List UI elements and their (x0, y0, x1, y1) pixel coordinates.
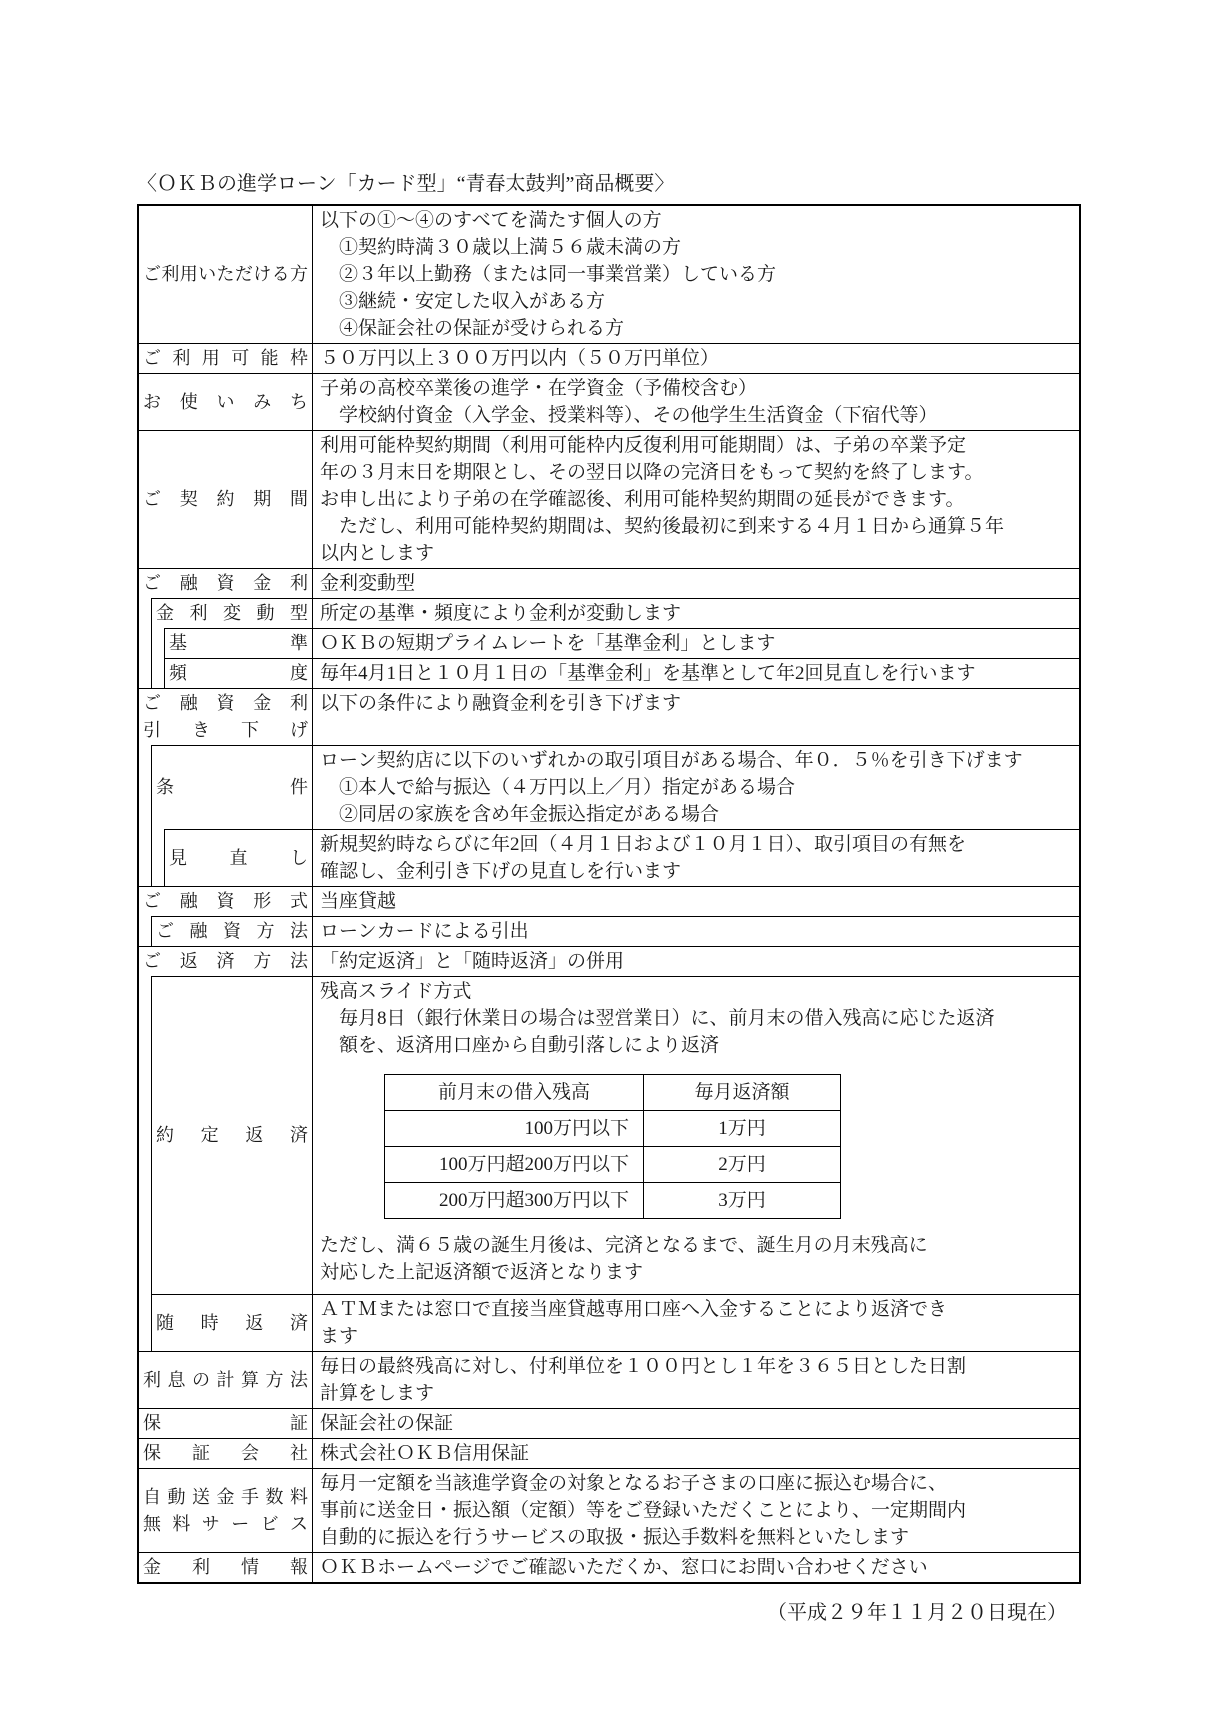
row-label: 保証会社 (139, 1438, 313, 1468)
table-row: 条件ローン契約店に以下のいずれかの取引項目がある場合、年０．５％を引き下げます … (139, 745, 1079, 829)
indent-strip (139, 916, 152, 946)
content-text: 当座貸越 (320, 888, 1075, 915)
row-label: お使いみち (139, 373, 313, 430)
table-row: 約定返済残高スライド方式 毎月8日（銀行休業日の場合は翌営業日）に、前月末の借入… (139, 976, 1079, 1294)
table-row: 基準ＯＫＢの短期プライムレートを「基準金利」とします (139, 628, 1079, 658)
row-content: 以下の条件により融資金利を引き下げます (313, 688, 1079, 745)
content-text: 毎月一定額を当該進学資金の対象となるお子さまの口座に振込む場合に、 事前に送金日… (320, 1470, 1075, 1551)
table-row: ご融資方法ローンカードによる引出 (139, 916, 1079, 946)
row-content: ローンカードによる引出 (313, 916, 1079, 946)
row-label: 基準 (165, 628, 313, 658)
indent-strip (139, 829, 152, 886)
row-content: 子弟の高校卒業後の進学・在学資金（予備校含む） 学校納付資金（入学金、授業料等）… (313, 373, 1079, 430)
indent-strip (139, 976, 152, 1294)
row-content: 所定の基準・頻度により金利が変動します (313, 598, 1079, 628)
indent-strip (152, 829, 165, 886)
table-row: ご融資金利金利変動型 (139, 568, 1079, 598)
row-content: 利用可能枠契約期間（利用可能枠内反復利用可能期間）は、子弟の卒業予定 年の３月末… (313, 430, 1079, 568)
content-text: 子弟の高校卒業後の進学・在学資金（予備校含む） 学校納付資金（入学金、授業料等）… (320, 375, 1075, 429)
inner-table-header: 前月末の借入残高 (385, 1075, 644, 1111)
document-date: （平成２９年１１月２０日現在） (137, 1596, 1081, 1625)
row-label: ご返済方法 (139, 946, 313, 976)
repayment-amount-table: 前月末の借入残高毎月返済額100万円以下1万円100万円超200万円以下2万円2… (384, 1074, 841, 1219)
page-title: 〈ＯＫＢの進学ローン「カード型」“青春太鼓判”商品概要〉 (137, 170, 1081, 198)
content-text: 毎年4月1日と１０月１日の「基準金利」を基準として年2回見直しを行います (320, 660, 1075, 687)
content-text: 株式会社ＯＫＢ信用保証 (320, 1440, 1075, 1467)
inner-table-cell: 200万円超300万円以下 (385, 1183, 644, 1219)
inner-table-cell: 3万円 (644, 1183, 841, 1219)
content-text: 保証会社の保証 (320, 1410, 1075, 1437)
row-content: 毎月一定額を当該進学資金の対象となるお子さまの口座に振込む場合に、 事前に送金日… (313, 1468, 1079, 1552)
table-row: ご利用可能枠５０万円以上３００万円以内（５０万円単位） (139, 343, 1079, 373)
indent-strip (152, 628, 165, 658)
content-text: ＯＫＢの短期プライムレートを「基準金利」とします (320, 630, 1075, 657)
row-label: ご融資金利 引き下げ (139, 688, 313, 745)
row-label: 金利情報 (139, 1552, 313, 1582)
content-text: 金利変動型 (320, 570, 1075, 597)
inner-table-row: 100万円超200万円以下2万円 (385, 1147, 841, 1183)
table-row: 金利変動型所定の基準・頻度により金利が変動します (139, 598, 1079, 628)
inner-table-row: 100万円以下1万円 (385, 1111, 841, 1147)
content-text: ローンカードによる引出 (320, 918, 1075, 945)
table-row: 随時返済ＡＴＭまたは窓口で直接当座貸越専用口座へ入金することにより返済でき ます (139, 1294, 1079, 1351)
row-label: 自動送金手数料 無料サービス (139, 1468, 313, 1552)
row-label: ご利用可能枠 (139, 343, 313, 373)
content-text: 利用可能枠契約期間（利用可能枠内反復利用可能期間）は、子弟の卒業予定 年の３月末… (320, 432, 1075, 567)
indent-strip (139, 745, 152, 829)
table-row: 利息の計算方法毎日の最終残高に対し、付利単位を１００円とし１年を３６５日とした日… (139, 1351, 1079, 1408)
content-text: 毎日の最終残高に対し、付利単位を１００円とし１年を３６５日とした日割 計算をしま… (320, 1353, 1075, 1407)
table-row: 保証会社株式会社ＯＫＢ信用保証 (139, 1438, 1079, 1468)
row-label: 条件 (152, 745, 313, 829)
row-label: ご融資金利 (139, 568, 313, 598)
table-row: お使いみち子弟の高校卒業後の進学・在学資金（予備校含む） 学校納付資金（入学金、… (139, 373, 1079, 430)
row-content: 残高スライド方式 毎月8日（銀行休業日の場合は翌営業日）に、前月末の借入残高に応… (313, 976, 1079, 1294)
table-row: 金利情報ＯＫＢホームページでご確認いただくか、窓口にお問い合わせください (139, 1552, 1079, 1582)
content-text: ＡＴＭまたは窓口で直接当座貸越専用口座へ入金することにより返済でき ます (320, 1296, 1075, 1350)
document-sheet: 〈ＯＫＢの進学ローン「カード型」“青春太鼓判”商品概要〉 ご利用いただける方以下… (137, 170, 1081, 1625)
table-row: ご利用いただける方以下の①～④のすべてを満たす個人の方 ①契約時満３０歳以上満５… (139, 206, 1079, 343)
content-text: 所定の基準・頻度により金利が変動します (320, 600, 1075, 627)
inner-table-cell: 2万円 (644, 1147, 841, 1183)
indent-strip (139, 598, 152, 628)
indent-strip (139, 658, 152, 688)
table-row: 自動送金手数料 無料サービス毎月一定額を当該進学資金の対象となるお子さまの口座に… (139, 1468, 1079, 1552)
content-text: 以下の条件により融資金利を引き下げます (320, 690, 1075, 717)
row-content: ＯＫＢホームページでご確認いただくか、窓口にお問い合わせください (313, 1552, 1079, 1582)
row-label: 見直し (165, 829, 313, 886)
row-content: ＯＫＢの短期プライムレートを「基準金利」とします (313, 628, 1079, 658)
indent-strip (139, 628, 152, 658)
content-text: ローン契約店に以下のいずれかの取引項目がある場合、年０．５％を引き下げます ①本… (320, 747, 1075, 828)
row-label: ご契約期間 (139, 430, 313, 568)
inner-table-cell: 1万円 (644, 1111, 841, 1147)
row-label: 約定返済 (152, 976, 313, 1294)
document-page: 〈ＯＫＢの進学ローン「カード型」“青春太鼓判”商品概要〉 ご利用いただける方以下… (0, 0, 1209, 1714)
row-label: 金利変動型 (152, 598, 313, 628)
inner-table-header-row: 前月末の借入残高毎月返済額 (385, 1075, 841, 1111)
inner-table-cell: 100万円超200万円以下 (385, 1147, 644, 1183)
row-content: 以下の①～④のすべてを満たす個人の方 ①契約時満３０歳以上満５６歳未満の方 ②３… (313, 206, 1079, 343)
table-row: ご融資金利 引き下げ以下の条件により融資金利を引き下げます (139, 688, 1079, 745)
table-row: ご返済方法「約定返済」と「随時返済」の併用 (139, 946, 1079, 976)
row-label: ご利用いただける方 (139, 206, 313, 343)
row-label: 利息の計算方法 (139, 1351, 313, 1408)
content-text: ５０万円以上３００万円以内（５０万円単位） (320, 345, 1075, 372)
inner-table-row: 200万円超300万円以下3万円 (385, 1183, 841, 1219)
row-content: 株式会社ＯＫＢ信用保証 (313, 1438, 1079, 1468)
indent-strip (152, 658, 165, 688)
row-content: 「約定返済」と「随時返済」の併用 (313, 946, 1079, 976)
content-text: 残高スライド方式 毎月8日（銀行休業日の場合は翌営業日）に、前月末の借入残高に応… (320, 978, 1075, 1059)
row-content: ＡＴＭまたは窓口で直接当座貸越専用口座へ入金することにより返済でき ます (313, 1294, 1079, 1351)
row-content: ５０万円以上３００万円以内（５０万円単位） (313, 343, 1079, 373)
row-content: 毎日の最終残高に対し、付利単位を１００円とし１年を３６５日とした日割 計算をしま… (313, 1351, 1079, 1408)
row-label: ご融資方法 (152, 916, 313, 946)
inner-table-cell: 100万円以下 (385, 1111, 644, 1147)
row-label: 随時返済 (152, 1294, 313, 1351)
row-label: 保証 (139, 1408, 313, 1438)
content-text-note: ただし、満６５歳の誕生月後は、完済となるまで、誕生月の月末残高に 対応した上記返… (320, 1232, 1075, 1286)
table-row: 見直し新規契約時ならびに年2回（４月１日および１０月１日）、取引項目の有無を 確… (139, 829, 1079, 886)
content-text: ＯＫＢホームページでご確認いただくか、窓口にお問い合わせください (320, 1554, 1075, 1581)
row-content: 当座貸越 (313, 886, 1079, 916)
table-row: 保証保証会社の保証 (139, 1408, 1079, 1438)
row-content: 金利変動型 (313, 568, 1079, 598)
indent-strip (139, 1294, 152, 1351)
row-content: 新規契約時ならびに年2回（４月１日および１０月１日）、取引項目の有無を 確認し、… (313, 829, 1079, 886)
product-summary-table: ご利用いただける方以下の①～④のすべてを満たす個人の方 ①契約時満３０歳以上満５… (137, 204, 1081, 1584)
row-content: 毎年4月1日と１０月１日の「基準金利」を基準として年2回見直しを行います (313, 658, 1079, 688)
row-content: 保証会社の保証 (313, 1408, 1079, 1438)
content-text: 以下の①～④のすべてを満たす個人の方 ①契約時満３０歳以上満５６歳未満の方 ②３… (320, 207, 1075, 342)
content-text: 「約定返済」と「随時返済」の併用 (320, 948, 1075, 975)
row-label: ご融資形式 (139, 886, 313, 916)
table-row: ご融資形式当座貸越 (139, 886, 1079, 916)
content-text: 新規契約時ならびに年2回（４月１日および１０月１日）、取引項目の有無を 確認し、… (320, 831, 1075, 885)
row-label: 頻度 (165, 658, 313, 688)
inner-table-header: 毎月返済額 (644, 1075, 841, 1111)
table-row: ご契約期間利用可能枠契約期間（利用可能枠内反復利用可能期間）は、子弟の卒業予定 … (139, 430, 1079, 568)
table-row: 頻度毎年4月1日と１０月１日の「基準金利」を基準として年2回見直しを行います (139, 658, 1079, 688)
row-content: ローン契約店に以下のいずれかの取引項目がある場合、年０．５％を引き下げます ①本… (313, 745, 1079, 829)
